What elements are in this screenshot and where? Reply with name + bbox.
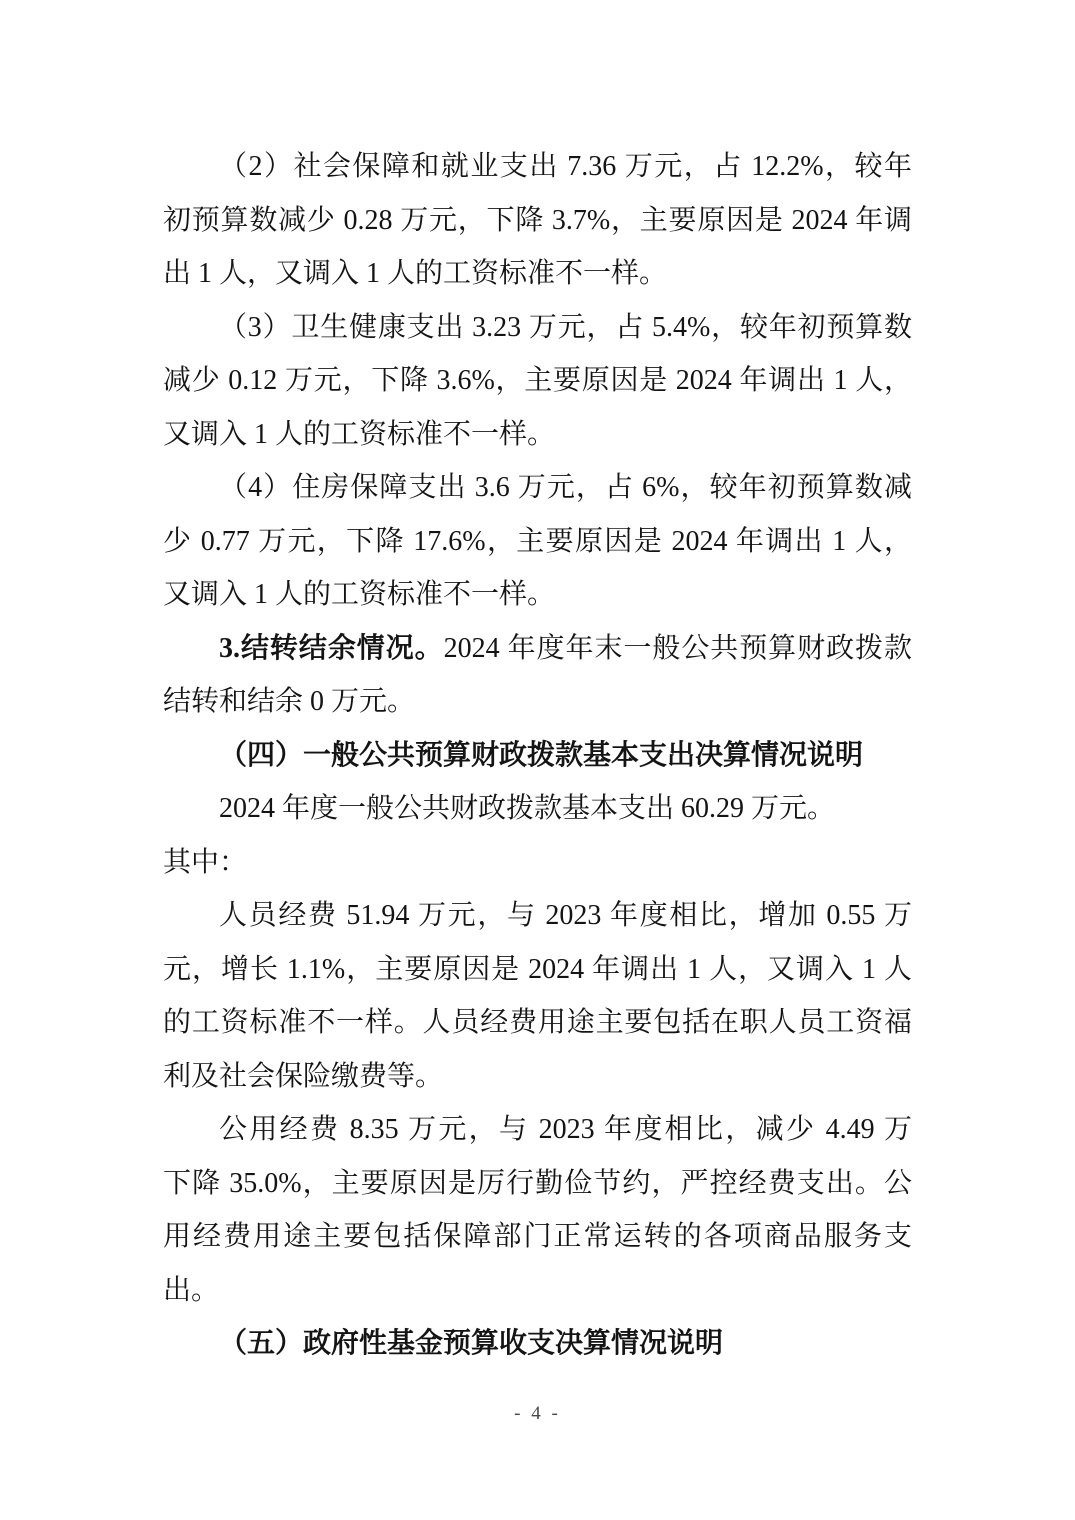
- text-line: 出 1 人，又调入 1 人的工资标准不一样。: [163, 247, 912, 301]
- text-line: 其中：: [163, 836, 912, 890]
- text-line: 2024 年度一般公共财政拨款基本支出 60.29 万元。: [163, 782, 912, 836]
- text-line: 人员经费 51.94 万元，与 2023 年度相比，增加 0.55 万: [163, 889, 912, 943]
- body-text: 元，增长 1.1%，主要原因是 2024 年调出 1 人，又调入 1 人: [163, 954, 912, 985]
- text-line: 又调入 1 人的工资标准不一样。: [163, 568, 912, 622]
- body-text: 少 0.77 万元，下降 17.6%，主要原因是 2024 年调出 1 人，: [163, 526, 912, 557]
- text-line: 又调入 1 人的工资标准不一样。: [163, 408, 912, 462]
- body-text: 其中：: [163, 847, 247, 878]
- body-text: 用经费用途主要包括保障部门正常运转的各项商品服务支: [163, 1221, 912, 1252]
- text-line: 少 0.77 万元，下降 17.6%，主要原因是 2024 年调出 1 人，: [163, 515, 912, 569]
- page-number: - 4 -: [0, 1402, 1075, 1426]
- text-line: 3.结转结余情况。2024 年度年末一般公共预算财政拨款: [163, 622, 912, 676]
- section-heading-line: （四）一般公共预算财政拨款基本支出决算情况说明: [163, 729, 912, 783]
- document-page: （2）社会保障和就业支出 7.36 万元，占 12.2%，较年初预算数减少 0.…: [0, 0, 1075, 1520]
- text-line: （2）社会保障和就业支出 7.36 万元，占 12.2%，较年: [163, 140, 912, 194]
- body-text: 2024 年度年末一般公共预算财政拨款: [444, 633, 912, 664]
- body-text: 人员经费 51.94 万元，与 2023 年度相比，增加 0.55 万: [219, 900, 912, 931]
- text-line: （4）住房保障支出 3.6 万元，占 6%，较年初预算数减: [163, 461, 912, 515]
- body-text: 减少 0.12 万元，下降 3.6%，主要原因是 2024 年调出 1 人，: [163, 365, 912, 396]
- body-text: 结转和结余 0 万元。: [163, 686, 415, 717]
- body-text: 又调入 1 人的工资标准不一样。: [163, 579, 555, 610]
- body-text: 下降 35.0%，主要原因是厉行勤俭节约，严控经费支出。公: [163, 1168, 912, 1199]
- emphasis-text: （五）政府性基金预算收支决算情况说明: [219, 1328, 723, 1359]
- body-text: 2024 年度一般公共财政拨款基本支出 60.29 万元。: [219, 793, 835, 824]
- text-line: 下降 35.0%，主要原因是厉行勤俭节约，严控经费支出。公: [163, 1157, 912, 1211]
- text-line: 减少 0.12 万元，下降 3.6%，主要原因是 2024 年调出 1 人，: [163, 354, 912, 408]
- text-line: 元，增长 1.1%，主要原因是 2024 年调出 1 人，又调入 1 人: [163, 943, 912, 997]
- body-text: 又调入 1 人的工资标准不一样。: [163, 419, 555, 450]
- body-text: 出 1 人，又调入 1 人的工资标准不一样。: [163, 258, 667, 289]
- body-text: 的工资标准不一样。人员经费用途主要包括在职人员工资福: [163, 1007, 912, 1038]
- body-text: （2）社会保障和就业支出 7.36 万元，占 12.2%，较年: [219, 151, 912, 182]
- emphasis-text: 3.结转结余情况。: [219, 633, 444, 664]
- body-text: （3）卫生健康支出 3.23 万元，占 5.4%，较年初预算数: [219, 312, 912, 343]
- section-heading-line: （五）政府性基金预算收支决算情况说明: [163, 1317, 912, 1371]
- body-text: 初预算数减少 0.28 万元，下降 3.7%，主要原因是 2024 年调: [163, 205, 912, 236]
- text-line: （3）卫生健康支出 3.23 万元，占 5.4%，较年初预算数: [163, 301, 912, 355]
- text-line: 结转和结余 0 万元。: [163, 675, 912, 729]
- body-text: 利及社会保险缴费等。: [163, 1061, 443, 1092]
- text-line: 初预算数减少 0.28 万元，下降 3.7%，主要原因是 2024 年调: [163, 194, 912, 248]
- emphasis-text: （四）一般公共预算财政拨款基本支出决算情况说明: [219, 740, 863, 771]
- text-line: 用经费用途主要包括保障部门正常运转的各项商品服务支: [163, 1210, 912, 1264]
- text-line: 利及社会保险缴费等。: [163, 1050, 912, 1104]
- text-line: 出。: [163, 1264, 912, 1318]
- body-text: （4）住房保障支出 3.6 万元，占 6%，较年初预算数减: [219, 472, 912, 503]
- body-text: 公用经费 8.35 万元，与 2023 年度相比，减少 4.49 万元，: [163, 1114, 912, 1157]
- document-body: （2）社会保障和就业支出 7.36 万元，占 12.2%，较年初预算数减少 0.…: [163, 140, 912, 1371]
- text-line: 公用经费 8.35 万元，与 2023 年度相比，减少 4.49 万元，: [163, 1103, 912, 1157]
- text-line: 的工资标准不一样。人员经费用途主要包括在职人员工资福: [163, 996, 912, 1050]
- body-text: 出。: [163, 1275, 219, 1306]
